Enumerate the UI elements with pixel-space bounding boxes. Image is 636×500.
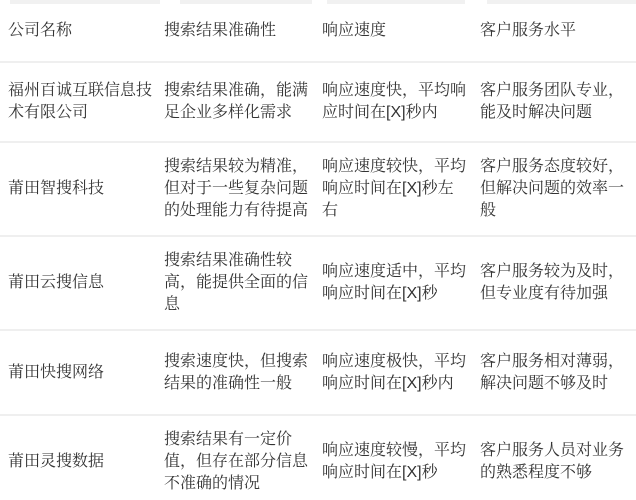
company-name-cell: 莆田灵搜数据 — [0, 415, 156, 500]
company-comparison-table: 公司名称 搜索结果准确性 响应速度 客户服务水平 福州百诚互联信息技术有限公司 … — [0, 0, 636, 500]
table-row: 莆田快搜网络 搜索速度快，但搜索结果的准确性一般 响应速度极快，平均响应时间在[… — [0, 330, 636, 415]
service-cell: 客户服务人员对业务的熟悉程度不够 — [472, 415, 636, 500]
table-row: 莆田智搜科技 搜索结果较为精准，但对于一些复杂问题的处理能力有待提高 响应速度较… — [0, 142, 636, 236]
table-top-edge-segment — [10, 0, 160, 4]
table-top-edge-segment — [487, 0, 636, 4]
speed-cell: 响应速度适中，平均响应时间在[X]秒 — [314, 236, 472, 330]
header-row: 公司名称 搜索结果准确性 响应速度 客户服务水平 — [0, 0, 636, 62]
speed-cell: 响应速度极快，平均响应时间在[X]秒内 — [314, 330, 472, 415]
table-row: 莆田灵搜数据 搜索结果有一定价值，但存在部分信息不准确的情况 响应速度较慢，平均… — [0, 415, 636, 500]
column-header-service: 客户服务水平 — [472, 0, 636, 62]
company-name-cell: 福州百诚互联信息技术有限公司 — [0, 62, 156, 142]
table-top-edge-segment — [180, 0, 312, 4]
speed-cell: 响应速度快，平均响应时间在[X]秒内 — [314, 62, 472, 142]
accuracy-cell: 搜索结果准确性较高，能提供全面的信息 — [156, 236, 314, 330]
table-row: 福州百诚互联信息技术有限公司 搜索结果准确，能满足企业多样化需求 响应速度快，平… — [0, 62, 636, 142]
service-cell: 客户服务相对薄弱，解决问题不够及时 — [472, 330, 636, 415]
accuracy-cell: 搜索结果有一定价值，但存在部分信息不准确的情况 — [156, 415, 314, 500]
company-name-cell: 莆田智搜科技 — [0, 142, 156, 236]
column-header-company: 公司名称 — [0, 0, 156, 62]
speed-cell: 响应速度较慢，平均响应时间在[X]秒 — [314, 415, 472, 500]
table-row: 莆田云搜信息 搜索结果准确性较高，能提供全面的信息 响应速度适中，平均响应时间在… — [0, 236, 636, 330]
service-cell: 客户服务较为及时，但专业度有待加强 — [472, 236, 636, 330]
company-name-cell: 莆田云搜信息 — [0, 236, 156, 330]
column-header-accuracy: 搜索结果准确性 — [156, 0, 314, 62]
company-name-cell: 莆田快搜网络 — [0, 330, 156, 415]
table-top-edge-segment — [327, 0, 465, 4]
column-header-speed: 响应速度 — [314, 0, 472, 62]
accuracy-cell: 搜索速度快，但搜索结果的准确性一般 — [156, 330, 314, 415]
accuracy-cell: 搜索结果较为精准，但对于一些复杂问题的处理能力有待提高 — [156, 142, 314, 236]
service-cell: 客户服务态度较好，但解决问题的效率一般 — [472, 142, 636, 236]
speed-cell: 响应速度较快，平均响应时间在[X]秒左右 — [314, 142, 472, 236]
accuracy-cell: 搜索结果准确，能满足企业多样化需求 — [156, 62, 314, 142]
service-cell: 客户服务团队专业，能及时解决问题 — [472, 62, 636, 142]
